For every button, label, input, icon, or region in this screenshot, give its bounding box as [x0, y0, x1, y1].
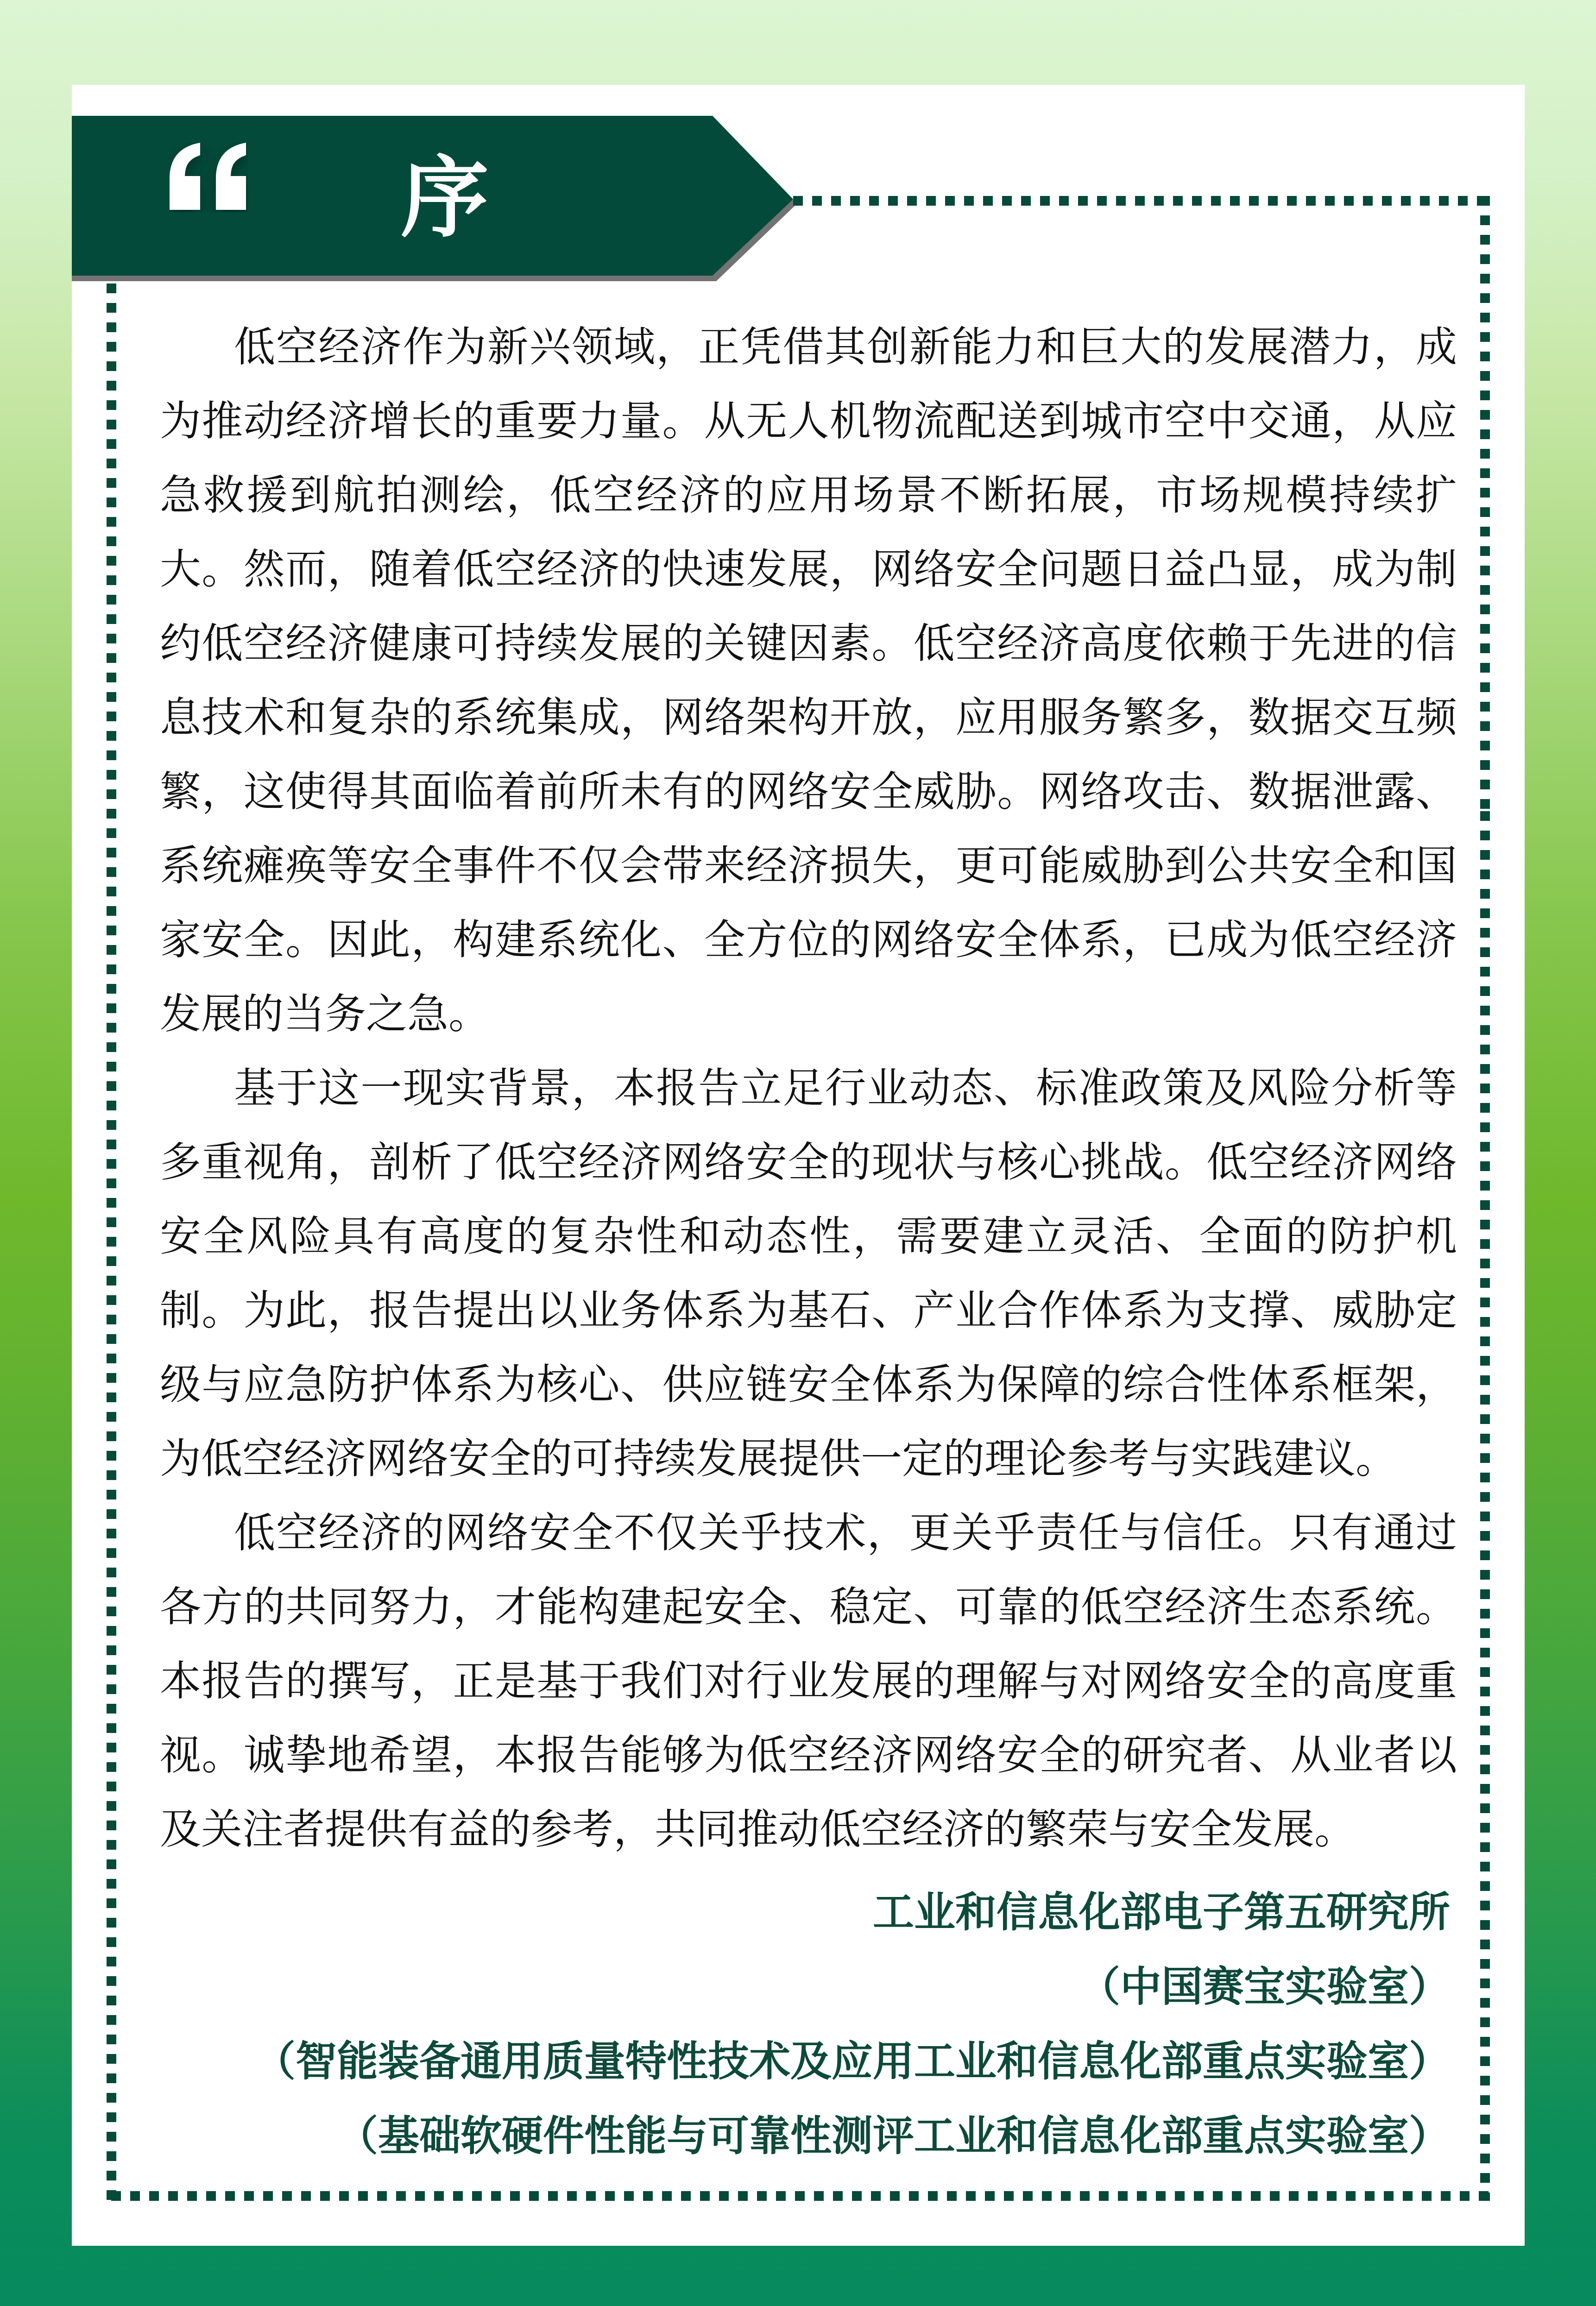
frame-left-dashed-line	[107, 284, 116, 2201]
frame-right-dashed-line	[1480, 196, 1490, 811]
frame-bottom-dashed-line	[111, 2191, 1490, 2201]
page-title: 序	[394, 147, 496, 249]
paragraph-1: 低空经济作为新兴领域，正凭借其创新能力和巨大的发展潜力，成为推动经济增长的重要力…	[160, 309, 1457, 1051]
paragraph-2: 基于这一现实背景，本报告立足行业动态、标准政策及风险分析等多重视角，剖析了低空经…	[160, 1051, 1457, 1495]
quote-mark-icon	[170, 143, 248, 212]
signature-lab-software-hardware: （基础软硬件性能与可靠性测评工业和信息化部重点实验室）	[160, 2098, 1450, 2173]
frame-right-dashed-line-lower	[1480, 811, 1490, 2201]
paragraph-3: 低空经济的网络安全不仅关乎技术，更关乎责任与信任。只有通过各方的共同努力，才能构…	[160, 1495, 1457, 1866]
signature-block: 工业和信息化部电子第五研究所 （中国赛宝实验室） （智能装备通用质量特性技术及应…	[160, 1875, 1450, 2173]
signature-lab-smart-equipment: （智能装备通用质量特性技术及应用工业和信息化部重点实验室）	[160, 2024, 1450, 2098]
preface-body: 低空经济作为新兴领域，正凭借其创新能力和巨大的发展潜力，成为推动经济增长的重要力…	[160, 309, 1457, 1866]
signature-lab-ceprei: （中国赛宝实验室）	[160, 1949, 1450, 2024]
signature-institute: 工业和信息化部电子第五研究所	[160, 1875, 1450, 1949]
frame-top-dashed-line	[793, 196, 1490, 206]
